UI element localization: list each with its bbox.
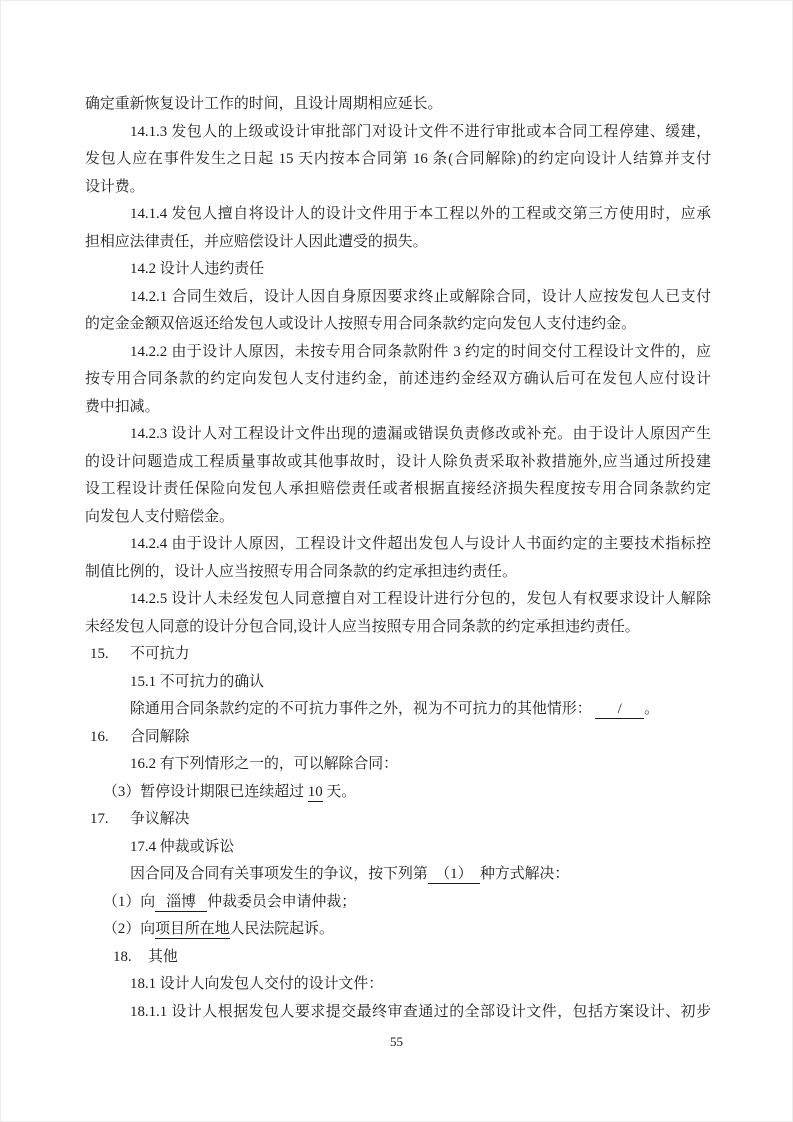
text-segment: 14.2 设计人违约责任 xyxy=(130,261,264,277)
section-number: 16. xyxy=(90,724,130,752)
text-segment: 设工程设计责任保险向发包人承担赔偿责任或者根据直接经济损失程度按专用合同条款约定 xyxy=(85,481,711,497)
text-segment: 18.1 设计人向发包人交付的设计文件： xyxy=(130,976,383,992)
section-number: 18. xyxy=(113,944,148,972)
text-line: 除通用合同条款约定的不可抗力事件之外，视为不可抗力的其他情形： / 。 xyxy=(85,696,711,724)
text-line: 14.2.4 由于设计人原因，工程设计文件超出发包人与设计人书面约定的主要技术指… xyxy=(85,531,711,559)
text-line: 发包人应在事件发生之日起 15 天内按本合同第 16 条(合同解除)的约定向设计… xyxy=(85,146,711,174)
text-line: （1）向 淄博 仲裁委员会申请仲裁； xyxy=(85,889,711,917)
text-segment: 天。 xyxy=(323,784,357,800)
text-line: 确定重新恢复设计工作的时间，且设计周期相应延长。 xyxy=(85,91,711,119)
text-segment: 。 xyxy=(644,701,659,717)
text-segment: 的定金金额双倍返还给发包人或设计人按照专用合同条款约定向发包人支付违约金。 xyxy=(85,316,636,332)
section-number: 15. xyxy=(90,641,130,669)
text-line: 14.1.4 发包人擅自将设计人的设计文件用于本工程以外的工程或交第三方使用时，… xyxy=(85,201,711,229)
text-segment: 担相应法律责任，并应赔偿设计人因此遭受的损失。 xyxy=(85,234,428,250)
text-line: （3）暂停设计期限已连续超过 10 天。 xyxy=(85,779,711,807)
text-line: 14.1.3 发包人的上级或设计审批部门对设计文件不进行审批或本合同工程停建、缓… xyxy=(85,119,711,147)
text-segment: 除通用合同条款约定的不可抗力事件之外，视为不可抗力的其他情形： xyxy=(130,701,595,717)
text-segment: 种方式解决： xyxy=(480,866,569,882)
text-segment: 14.1.4 发包人擅自将设计人的设计文件用于本工程以外的工程或交第三方使用时，… xyxy=(130,206,711,222)
text-segment: 向发包人支付赔偿金。 xyxy=(85,509,234,525)
page-number: 55 xyxy=(0,1034,793,1050)
text-segment: 仲裁委员会申请仲裁； xyxy=(207,894,356,910)
text-line: 担相应法律责任，并应赔偿设计人因此遭受的损失。 xyxy=(85,229,711,257)
text-segment: 设计费。 xyxy=(85,179,145,195)
text-line: 未经发包人同意的设计分包合同,设计人应当按照专用合同条款的约定承担违约责任。 xyxy=(85,614,711,642)
text-line: 14.2 设计人违约责任 xyxy=(85,256,711,284)
section-heading: 15.不可抗力 xyxy=(85,641,711,669)
text-line: 的设计问题造成工程质量事故或其他事故时，设计人除负责采取补救措施外,应当通过所投… xyxy=(85,449,711,477)
text-line: 设工程设计责任保险向发包人承担赔偿责任或者根据直接经济损失程度按专用合同条款约定 xyxy=(85,476,711,504)
document-page: 确定重新恢复设计工作的时间，且设计周期相应延长。14.1.3 发包人的上级或设计… xyxy=(0,0,793,1122)
text-line: 18.1.1 设计人根据发包人要求提交最终审查通过的全部设计文件，包括方案设计、… xyxy=(85,999,711,1027)
filled-blank: 项目所在地 xyxy=(155,921,229,939)
text-line: 按专用合同条款的约定向发包人支付违约金，前述违约金经双方确认后可在发包人应付设计 xyxy=(85,366,711,394)
text-line: 制值比例的，设计人应当按照专用合同条款的约定承担违约责任。 xyxy=(85,559,711,587)
filled-blank: （1） xyxy=(428,866,480,884)
section-title: 不可抗力 xyxy=(130,646,190,662)
section-title: 其他 xyxy=(148,949,178,965)
filled-blank: / xyxy=(595,701,644,719)
text-segment: 17.4 仲裁或诉讼 xyxy=(130,839,234,855)
text-segment: 按专用合同条款的约定向发包人支付违约金，前述违约金经双方确认后可在发包人应付设计 xyxy=(85,371,711,387)
text-line: 14.2.1 合同生效后，设计人因自身原因要求终止或解除合同，设计人应按发包人已… xyxy=(85,284,711,312)
filled-blank: 10 xyxy=(308,784,323,802)
text-line: 因合同及合同有关事项发生的争议，按下列第 （1） 种方式解决： xyxy=(85,861,711,889)
text-line: 的定金金额双倍返还给发包人或设计人按照专用合同条款约定向发包人支付违约金。 xyxy=(85,311,711,339)
text-segment: （3）暂停设计期限已连续超过 xyxy=(103,784,308,800)
text-segment: （2）向 xyxy=(103,921,155,937)
text-segment: 18.1.1 设计人根据发包人要求提交最终审查通过的全部设计文件，包括方案设计、… xyxy=(130,1004,711,1020)
section-heading: 16.合同解除 xyxy=(85,724,711,752)
section-title: 合同解除 xyxy=(130,729,190,745)
text-segment: 发包人应在事件发生之日起 15 天内按本合同第 16 条(合同解除)的约定向设计… xyxy=(85,151,711,167)
text-segment: 14.2.4 由于设计人原因，工程设计文件超出发包人与设计人书面约定的主要技术指… xyxy=(130,536,711,552)
text-line: 费中扣减。 xyxy=(85,394,711,422)
section-heading: 18.其他 xyxy=(85,944,711,972)
contract-text: 确定重新恢复设计工作的时间，且设计周期相应延长。14.1.3 发包人的上级或设计… xyxy=(85,91,711,1026)
section-number: 17. xyxy=(90,806,130,834)
text-line: （2）向项目所在地人民法院起诉。 xyxy=(85,916,711,944)
text-segment: 费中扣减。 xyxy=(85,399,159,415)
text-line: 14.2.5 设计人未经发包人同意擅自对工程设计进行分包的，发包人有权要求设计人… xyxy=(85,586,711,614)
text-segment: 14.2.3 设计人对工程设计文件出现的遗漏或错误负责修改或补充。由于设计人原因… xyxy=(130,426,711,442)
text-segment: 的设计问题造成工程质量事故或其他事故时，设计人除负责采取补救措施外,应当通过所投… xyxy=(85,454,711,470)
text-segment: 14.2.1 合同生效后，设计人因自身原因要求终止或解除合同，设计人应按发包人已… xyxy=(130,289,711,305)
section-title: 争议解决 xyxy=(130,811,190,827)
text-segment: 15.1 不可抗力的确认 xyxy=(130,674,264,690)
text-segment: 14.2.5 设计人未经发包人同意擅自对工程设计进行分包的，发包人有权要求设计人… xyxy=(130,591,711,607)
text-segment: 确定重新恢复设计工作的时间，且设计周期相应延长。 xyxy=(85,96,442,112)
text-line: 17.4 仲裁或诉讼 xyxy=(85,834,711,862)
text-line: 14.2.3 设计人对工程设计文件出现的遗漏或错误负责修改或补充。由于设计人原因… xyxy=(85,421,711,449)
text-line: 16.2 有下列情形之一的，可以解除合同： xyxy=(85,751,711,779)
text-segment: 14.1.3 发包人的上级或设计审批部门对设计文件不进行审批或本合同工程停建、缓… xyxy=(130,124,711,140)
text-line: 向发包人支付赔偿金。 xyxy=(85,504,711,532)
text-segment: 因合同及合同有关事项发生的争议，按下列第 xyxy=(130,866,428,882)
text-segment: 16.2 有下列情形之一的，可以解除合同： xyxy=(130,756,398,772)
text-line: 14.2.2 由于设计人原因，未按专用合同条款附件 3 约定的时间交付工程设计文… xyxy=(85,339,711,367)
text-segment: （1）向 xyxy=(103,894,155,910)
text-line: 15.1 不可抗力的确认 xyxy=(85,669,711,697)
text-line: 设计费。 xyxy=(85,174,711,202)
text-segment: 制值比例的，设计人应当按照专用合同条款的约定承担违约责任。 xyxy=(85,564,517,580)
text-segment: 14.2.2 由于设计人原因，未按专用合同条款附件 3 约定的时间交付工程设计文… xyxy=(130,344,711,360)
section-heading: 17.争议解决 xyxy=(85,806,711,834)
text-segment: 未经发包人同意的设计分包合同,设计人应当按照专用合同条款的约定承担违约责任。 xyxy=(85,619,640,635)
text-segment: 人民法院起诉。 xyxy=(230,921,334,937)
filled-blank: 淄博 xyxy=(155,894,207,912)
text-line: 18.1 设计人向发包人交付的设计文件： xyxy=(85,971,711,999)
